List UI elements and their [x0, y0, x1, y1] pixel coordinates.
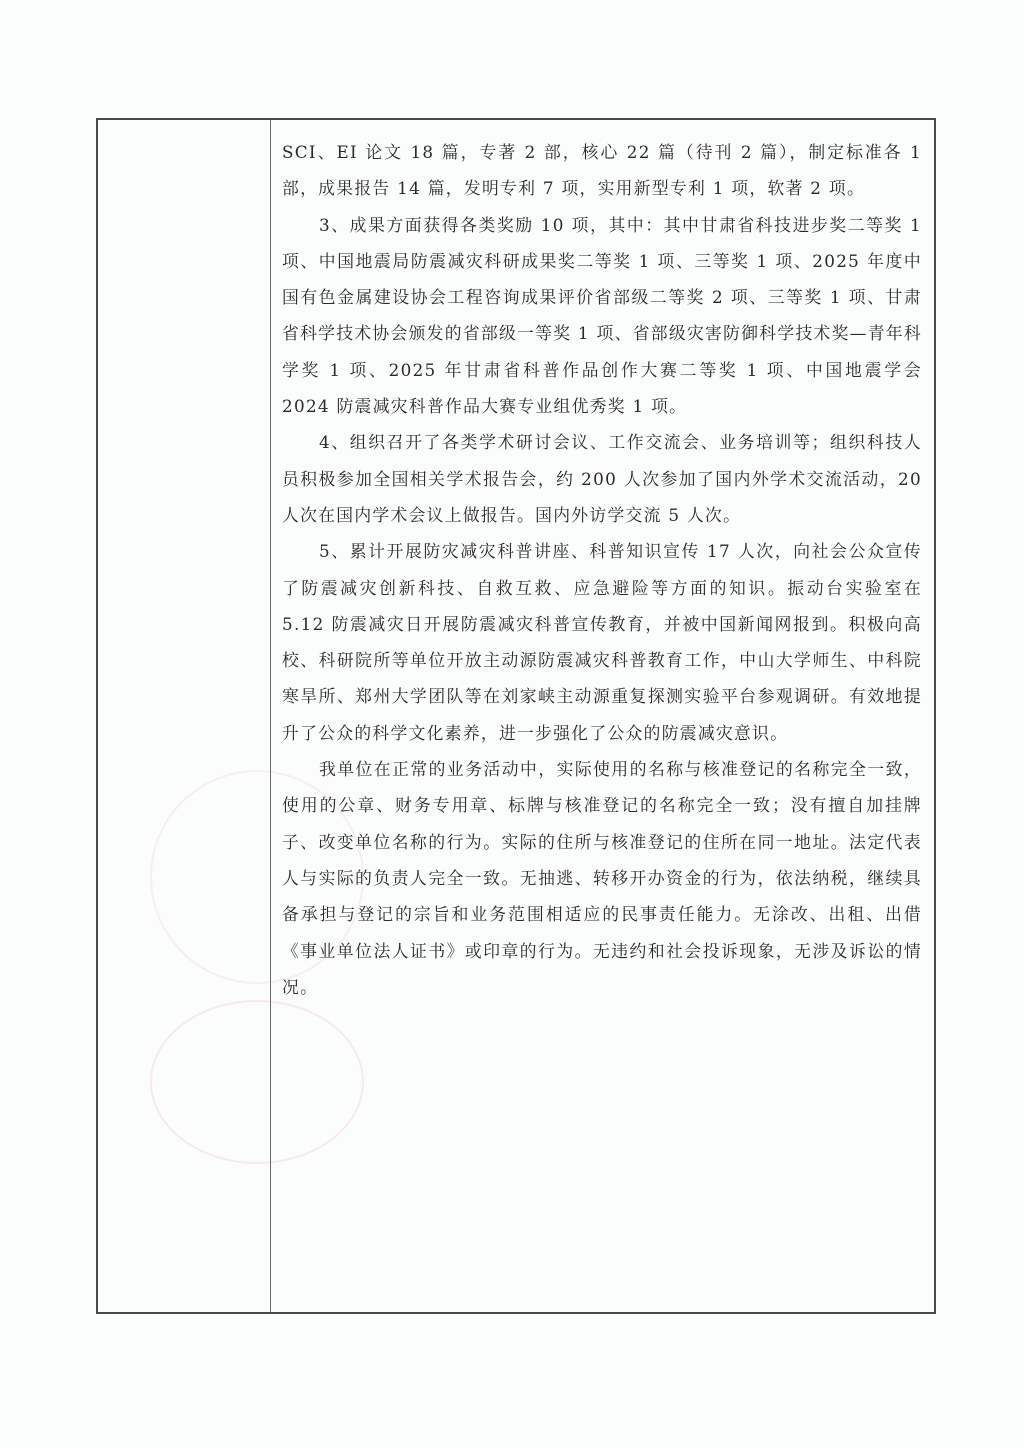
paragraph-conferences: 4、组织召开了各类学术研讨会议、工作交流会、业务培训等；组织科技人员积极参加全国…: [282, 424, 922, 533]
form-table: SCI、EI 论文 18 篇，专著 2 部，核心 22 篇（待刊 2 篇），制定…: [96, 118, 936, 1314]
content-cell: SCI、EI 论文 18 篇，专著 2 部，核心 22 篇（待刊 2 篇），制定…: [282, 134, 922, 1005]
label-column: [98, 120, 271, 1312]
paragraph-awards: 3、成果方面获得各类奖励 10 项，其中：其中甘肃省科技进步奖二等奖 1 项、中…: [282, 207, 922, 425]
paragraph-outreach: 5、累计开展防灾减灾科普讲座、科普知识宣传 17 人次，向社会公众宣传了防震减灾…: [282, 533, 922, 751]
paragraph-publications: SCI、EI 论文 18 篇，专著 2 部，核心 22 篇（待刊 2 篇），制定…: [282, 134, 922, 207]
paragraph-compliance: 我单位在正常的业务活动中，实际使用的名称与核准登记的名称完全一致，使用的公章、财…: [282, 751, 922, 1005]
